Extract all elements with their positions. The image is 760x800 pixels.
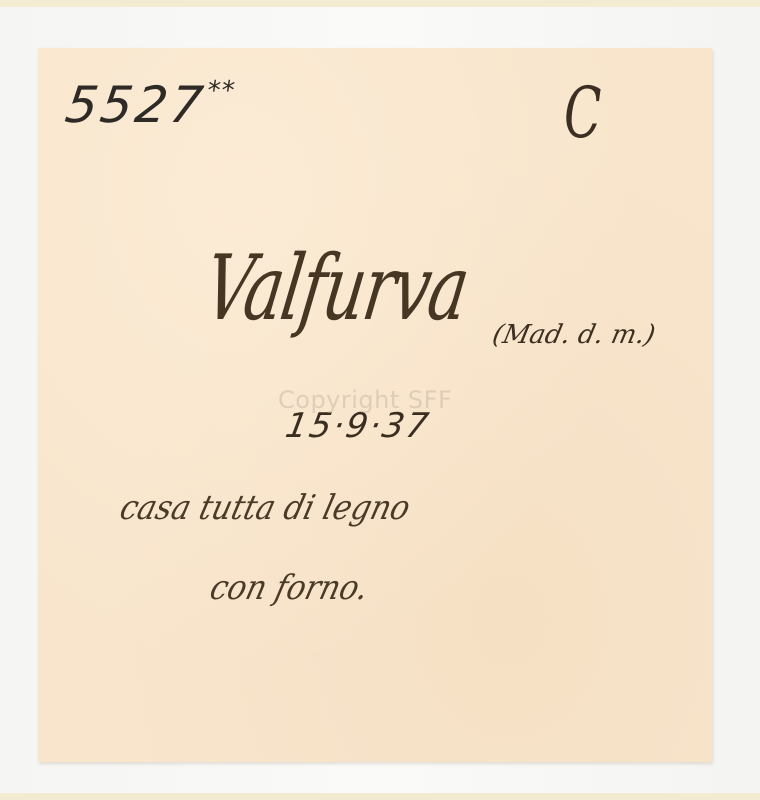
copyright-watermark: Copyright SFF xyxy=(278,386,452,414)
place-note: (Mad. d. m.) xyxy=(490,320,658,350)
catalog-number-value: 5527 xyxy=(62,76,209,134)
note-line: con forno. xyxy=(206,568,373,608)
place-name: Valfurva xyxy=(198,236,475,341)
note-line: casa tutta di legno xyxy=(116,488,414,528)
catalog-number: 5527** xyxy=(62,76,237,134)
top-edge-strip xyxy=(0,0,760,7)
catalog-marks: ** xyxy=(205,76,237,106)
category-letter: C xyxy=(564,72,601,154)
bottom-edge-strip xyxy=(0,793,760,800)
